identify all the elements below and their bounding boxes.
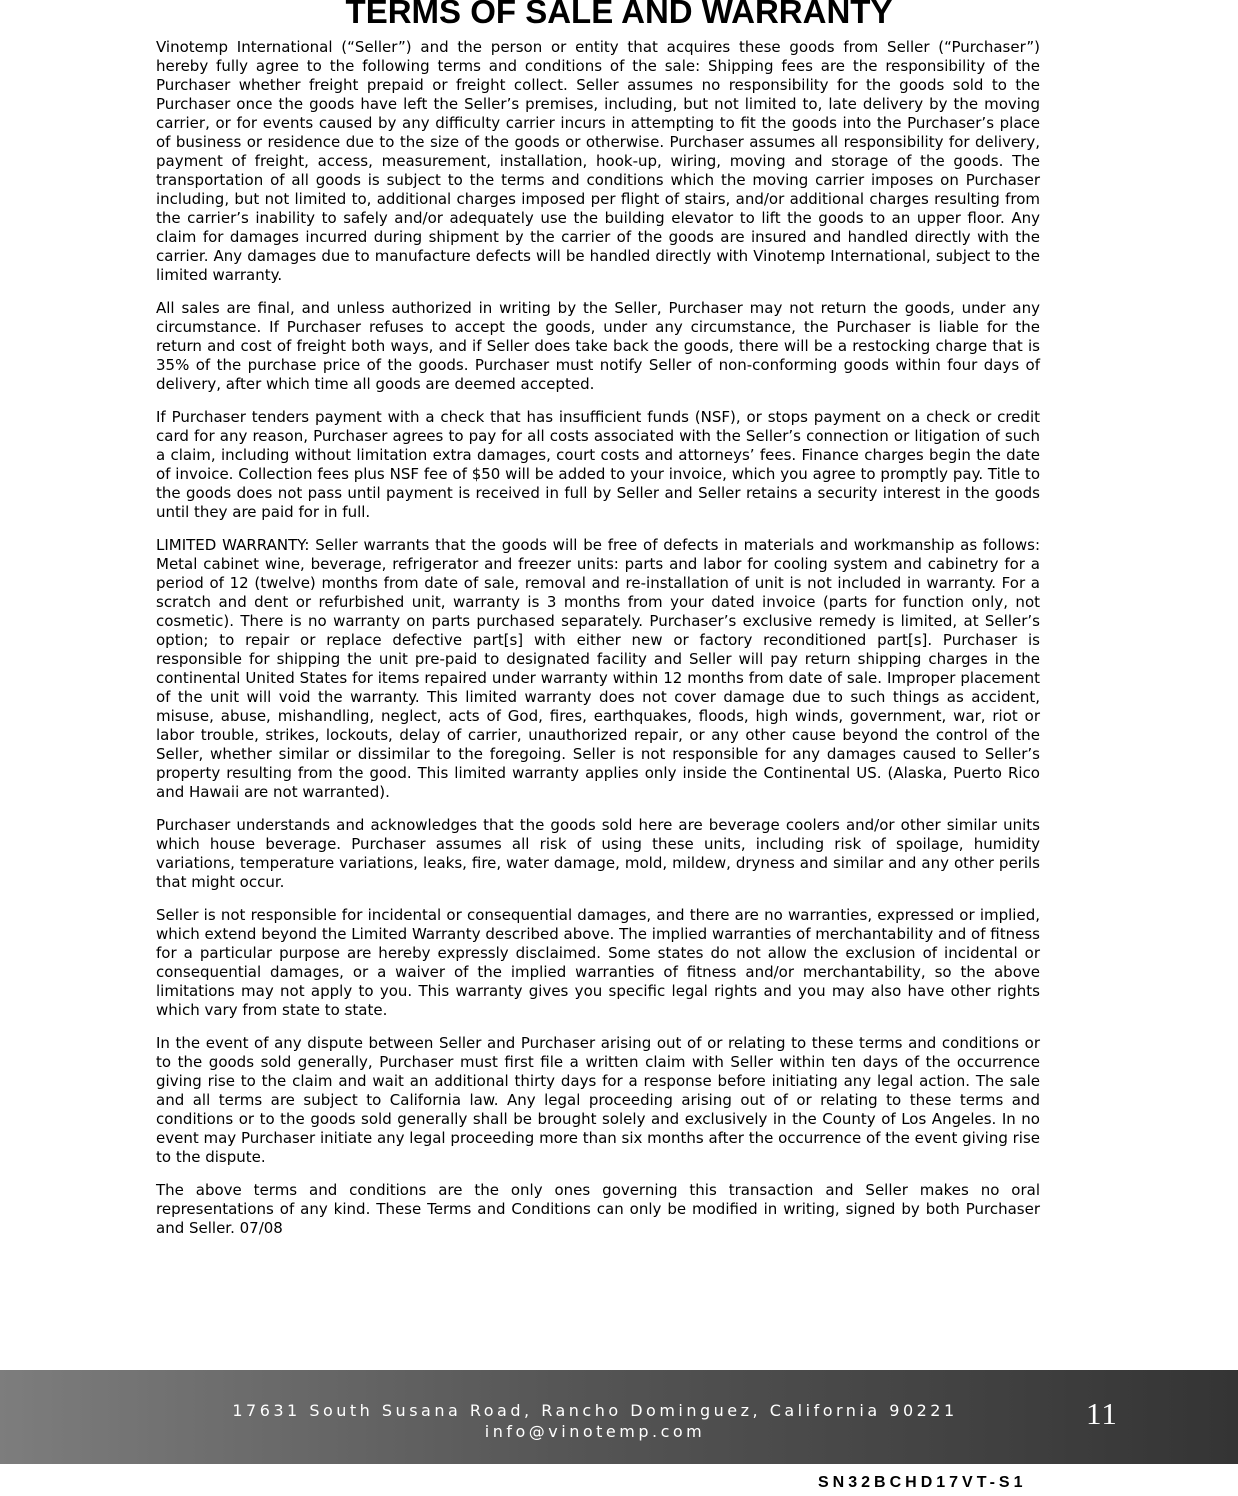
page-title: TERMS OF SALE AND WARRANTY — [0, 0, 1238, 31]
footer-email: info@vinotemp.com — [0, 1421, 1190, 1442]
page-number: 11 — [1086, 1396, 1118, 1432]
paragraph-dispute-resolution: In the event of any dispute between Sell… — [156, 1034, 1040, 1167]
paragraph-nsf-payment: If Purchaser tenders payment with a chec… — [156, 408, 1040, 522]
document-page: TERMS OF SALE AND WARRANTY Vinotemp Inte… — [0, 0, 1238, 1496]
paragraph-entire-agreement: The above terms and conditions are the o… — [156, 1181, 1040, 1238]
footer-address-block: 17631 South Susana Road, Rancho Domingue… — [0, 1400, 1190, 1442]
paragraph-final-sales: All sales are final, and unless authoriz… — [156, 299, 1040, 394]
footer-bar: 17631 South Susana Road, Rancho Domingue… — [0, 1370, 1238, 1464]
model-number: SN32BCHD17VT-S1 — [818, 1474, 1027, 1492]
paragraph-disclaimer: Seller is not responsible for incidental… — [156, 906, 1040, 1020]
terms-body: Vinotemp International (“Seller”) and th… — [156, 38, 1040, 1252]
paragraph-shipping-terms: Vinotemp International (“Seller”) and th… — [156, 38, 1040, 285]
footer-address-line: 17631 South Susana Road, Rancho Domingue… — [0, 1400, 1190, 1421]
paragraph-purchaser-acknowledgement: Purchaser understands and acknowledges t… — [156, 816, 1040, 892]
paragraph-limited-warranty: LIMITED WARRANTY: Seller warrants that t… — [156, 536, 1040, 802]
